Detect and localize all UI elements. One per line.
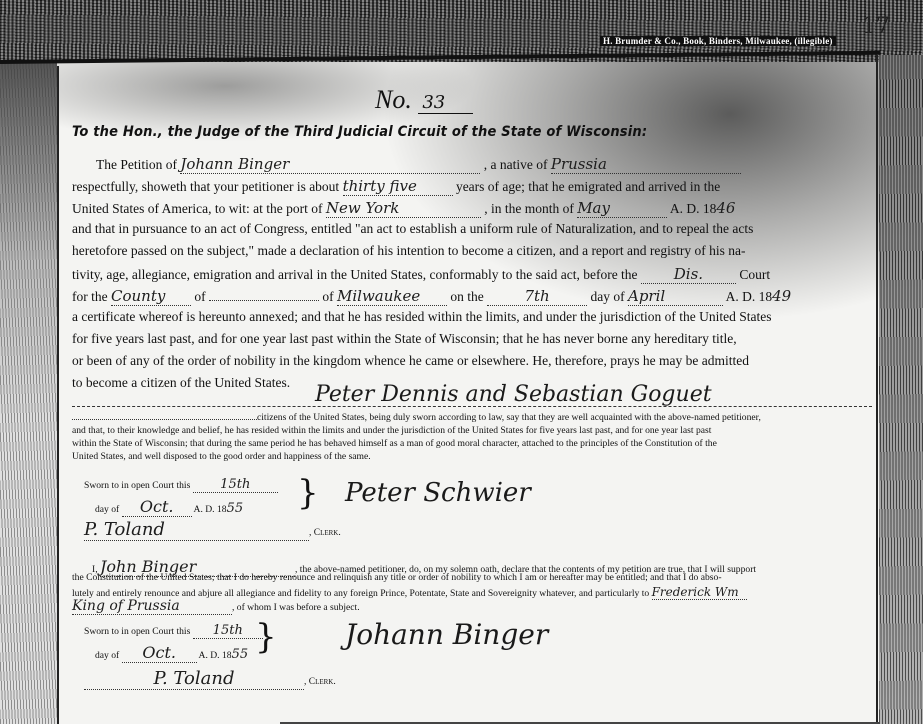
text: United States of America, to wit: at the… <box>72 201 322 216</box>
text: day of <box>95 650 119 661</box>
native-of: Prussia <box>551 155 741 174</box>
witness-sworn-day: 15th <box>193 477 278 493</box>
text: , of whom I was before a subject. <box>232 602 360 613</box>
text: Sworn to in open Court this <box>84 480 190 491</box>
right-border-rule <box>876 55 878 724</box>
witness-signature: Peter Schwier <box>345 478 531 508</box>
port-of-arrival: New York <box>326 199 481 218</box>
witness-day-of-line: day of Oct. A. D. 1855 <box>95 497 243 517</box>
petition-line-9: for five years last past, and for one ye… <box>72 331 737 347</box>
petitioner-sworn-line: Sworn to in open Court this 15th <box>84 623 263 639</box>
petitioner-sworn-year: 55 <box>232 647 249 662</box>
county-name: Milwaukee <box>337 287 447 306</box>
text: A. D. 18 <box>670 201 717 216</box>
scan-noise-left <box>0 62 57 724</box>
text: years of age; that he emigrated and arri… <box>456 179 720 194</box>
witness-clerk-signature: P. Toland <box>84 519 309 541</box>
clerk-label: , Clerk. <box>304 677 336 687</box>
declaration-line-4: King of Prussia, of whom I was before a … <box>72 598 360 615</box>
text: Court <box>739 267 770 282</box>
witness-statement-1: citizens of the United States, being dul… <box>72 412 761 423</box>
brace: } <box>297 476 319 510</box>
witness-statement-3: within the State of Wisconsin; that duri… <box>72 438 717 449</box>
petitioner-name: Johann Binger <box>180 155 480 174</box>
petition-line-8: a certificate whereof is hereunto annexe… <box>72 309 772 325</box>
text: Sworn to in open Court this <box>84 626 190 637</box>
text: A. D. 18 <box>726 289 773 304</box>
petition-line-5: heretofore passed on the subject," made … <box>72 243 746 259</box>
blank-field <box>209 300 319 301</box>
petition-line-10: or been of any of the order of nobility … <box>72 353 749 369</box>
text: The Petition of <box>96 157 177 172</box>
court-type: Dis. <box>641 265 736 284</box>
petitioner-day-of-line: day of Oct. A. D. 1855 <box>95 643 248 663</box>
petitioner-sworn-month: Oct. <box>122 643 197 663</box>
left-border-rule <box>57 66 59 724</box>
petition-line-7: for the County of of Milwaukee on the 7t… <box>72 287 791 306</box>
witness-clerk-line: P. Toland, Clerk. <box>84 519 341 541</box>
text: tivity, age, allegiance, emigration and … <box>72 267 638 282</box>
county-label: County <box>111 287 191 306</box>
witness-names-signature: Peter Dennis and Sebastian Goguet <box>315 382 712 407</box>
text: citizens of the United States, being dul… <box>257 412 761 423</box>
witness-names-line <box>72 406 872 407</box>
text: on the <box>450 289 483 304</box>
sovereign-name: Frederick Wm <box>652 585 747 600</box>
petitioner-age: thirty five <box>343 177 453 196</box>
petition-line-11: to become a citizen of the United States… <box>72 375 290 391</box>
text: respectfully, showeth that your petition… <box>72 179 339 194</box>
text: of <box>322 289 333 304</box>
text: for the <box>72 289 108 304</box>
clerk-label: , Clerk. <box>309 528 341 538</box>
petitioner-clerk-line: P. Toland, Clerk. <box>84 668 336 690</box>
scan-noise-right <box>879 55 923 724</box>
text: A. D. 18 <box>194 504 227 515</box>
declaration-line-2: the Constitution of the United States; t… <box>72 572 722 583</box>
year-of-arrival: 46 <box>716 199 735 217</box>
blank-field <box>72 419 257 420</box>
brace: } <box>255 620 277 654</box>
text: day of <box>590 289 624 304</box>
petition-line-1: The Petition of Johann Binger , a native… <box>96 155 741 174</box>
witness-sworn-line: Sworn to in open Court this 15th <box>84 477 278 493</box>
document-heading: To the Hon., the Judge of the Third Judi… <box>72 124 647 140</box>
petitioner-clerk-signature: P. Toland <box>84 668 304 690</box>
text: , a native of <box>484 157 548 172</box>
page-number: 17 <box>862 14 890 39</box>
petition-line-3: United States of America, to wit: at the… <box>72 199 735 218</box>
month-of-arrival: May <box>577 199 667 218</box>
text: A. D. 18 <box>199 650 232 661</box>
declaration-month: April <box>628 287 723 306</box>
petition-line-2: respectfully, showeth that your petition… <box>72 177 720 196</box>
text: day of <box>95 504 119 515</box>
text: of <box>194 289 205 304</box>
number-label: No. <box>375 85 412 114</box>
declaration-day: 7th <box>487 287 587 306</box>
petitioner-signature: Johann Binger <box>345 618 548 651</box>
document-number: No. 33 <box>375 85 473 115</box>
petitioner-sworn-day: 15th <box>193 623 263 639</box>
witness-statement-2: and that, to their knowledge and belief,… <box>72 425 711 436</box>
number-value: 33 <box>418 92 473 114</box>
petition-line-6: tivity, age, allegiance, emigration and … <box>72 265 770 284</box>
text: , in the month of <box>484 201 574 216</box>
petition-line-4: and that in pursuance to an act of Congr… <box>72 221 753 237</box>
witness-statement-4: United States, and well disposed to the … <box>72 451 371 462</box>
declaration-year: 49 <box>772 287 791 305</box>
witness-sworn-month: Oct. <box>122 497 192 517</box>
printer-imprint: H. Brumder & Co., Book, Binders, Milwauk… <box>600 36 836 46</box>
sovereign-title: King of Prussia <box>72 598 232 615</box>
witness-sworn-year: 55 <box>227 501 244 516</box>
